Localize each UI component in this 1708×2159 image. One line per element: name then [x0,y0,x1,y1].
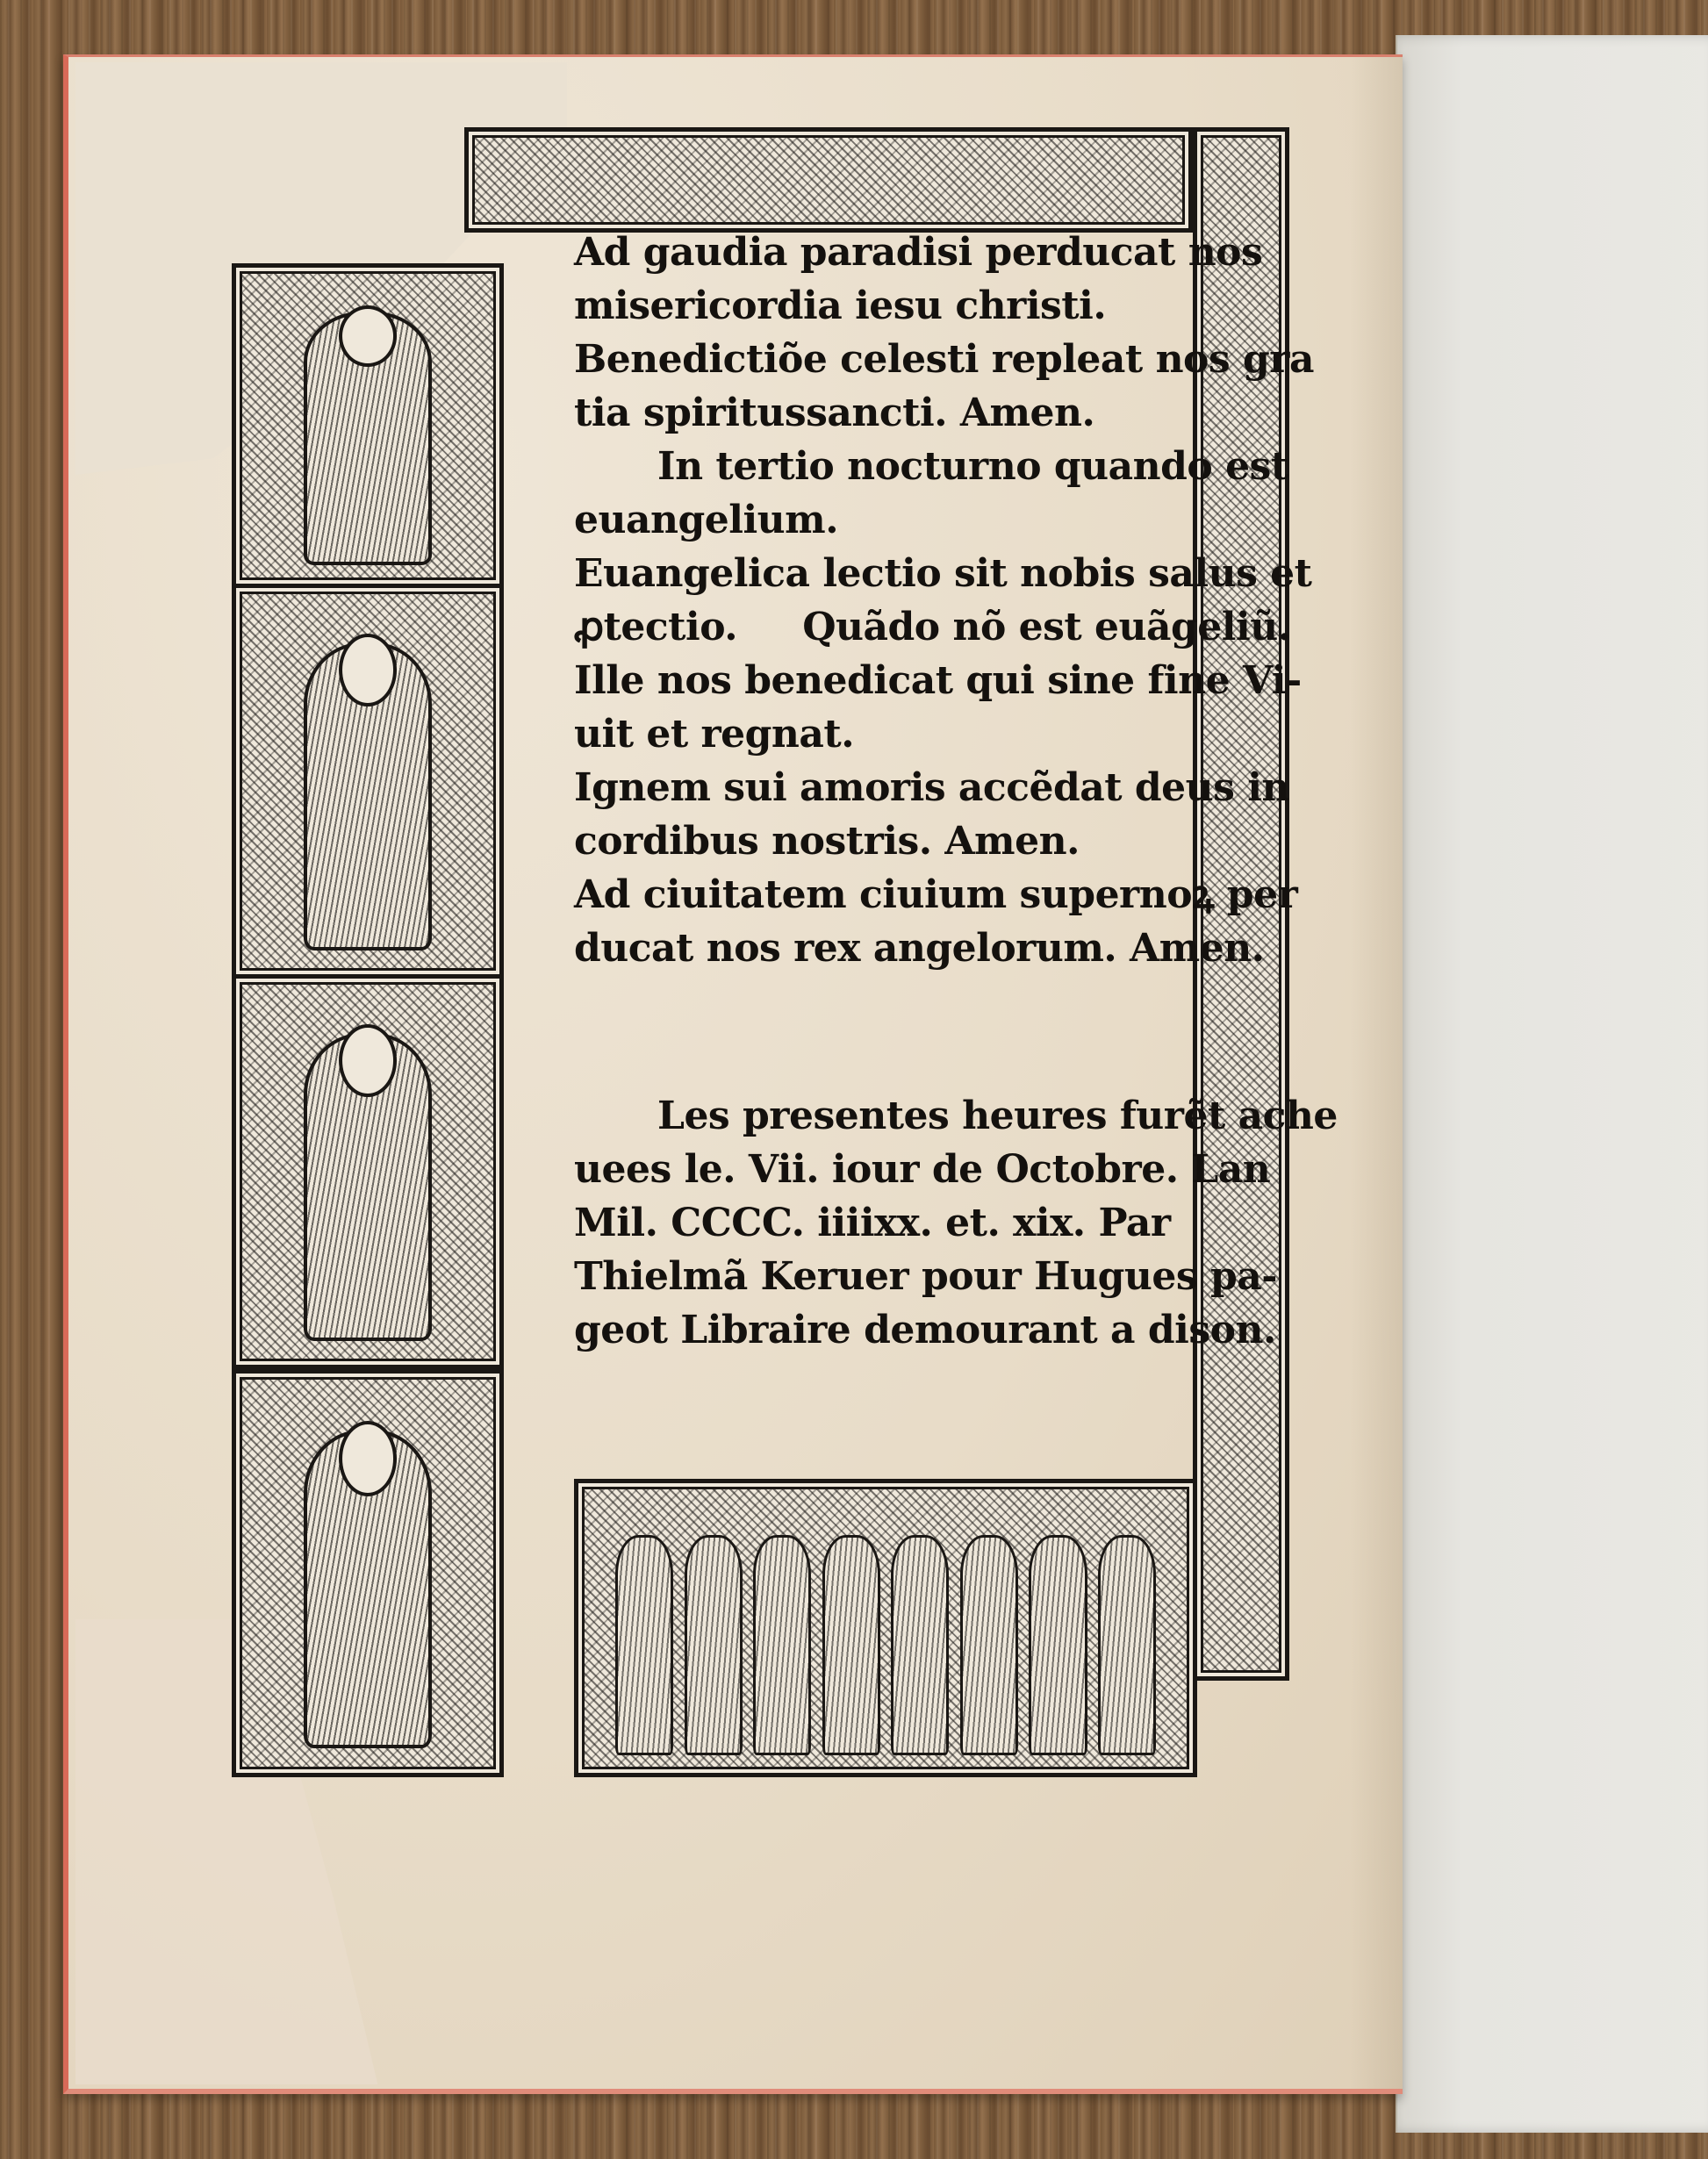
colophon-line: geot Libraire demourant a dison. [574,1303,1188,1357]
bishop-figure-icon [304,642,432,950]
deacon-figure-icon [304,1033,432,1341]
printed-block: Ad gaudia paradisi perducat nos miserico… [232,127,1373,1768]
text-line: Ad ciuitatem ciuium supernoꝝ per [574,868,1188,922]
book-leaf: Ad gaudia paradisi perducat nos miserico… [63,54,1403,2094]
text-line: cordibus nostris. Amen. [574,814,1188,868]
text-line: euangelium. [574,493,1188,547]
colophon: Les presentes heures furẽt ache uees le.… [574,1089,1188,1357]
colophon-line: Les presentes heures furẽt ache [574,1089,1188,1143]
colophon-line: uees le. Vii. iour de Octobre. Lan [574,1143,1188,1196]
text-line: tia spiritussancti. Amen. [574,386,1188,440]
colophon-line: Mil. CCCC. iiiixx. et. xix. Par [574,1196,1188,1250]
woodcut-monks-panel [574,1479,1197,1777]
bishop-cross-figure-icon [304,1430,432,1748]
text-line: Ille nos benedicat qui sine fine Vi- [574,654,1188,707]
monks-group-icon [615,1535,1156,1755]
woodcut-saint-panel-1 [232,263,504,588]
page-text: Ad gaudia paradisi perducat nos miserico… [574,226,1188,1357]
text-line: Ad gaudia paradisi perducat nos [574,226,1188,279]
saint-figure-icon [304,312,432,565]
top-woodcut-border [464,127,1193,233]
colophon-spacer [574,975,1188,1089]
woodcut-bishop-panel [232,584,504,979]
colophon-line: Thielmã Keruer pour Hugues pa- [574,1250,1188,1303]
text-line: Ignem sui amoris accẽdat deus in [574,761,1188,814]
text-line: Benedictiõe celesti repleat nos gra [574,333,1188,386]
text-line: uit et regnat. [574,707,1188,761]
woodcut-deacon-panel [232,974,504,1369]
facing-blank-page [1396,35,1708,2133]
text-line: misericordia iesu christi. [574,279,1188,333]
text-line: Euangelica lectio sit nobis salus et [574,547,1188,600]
woodcut-bishop-cross-panel [232,1369,504,1777]
text-line: In tertio nocturno quando est [574,440,1188,493]
text-line: ꝓtectio. Quãdo nõ est euãgeliũ. [574,600,1188,654]
text-line: ducat nos rex angelorum. Amen. [574,922,1188,975]
